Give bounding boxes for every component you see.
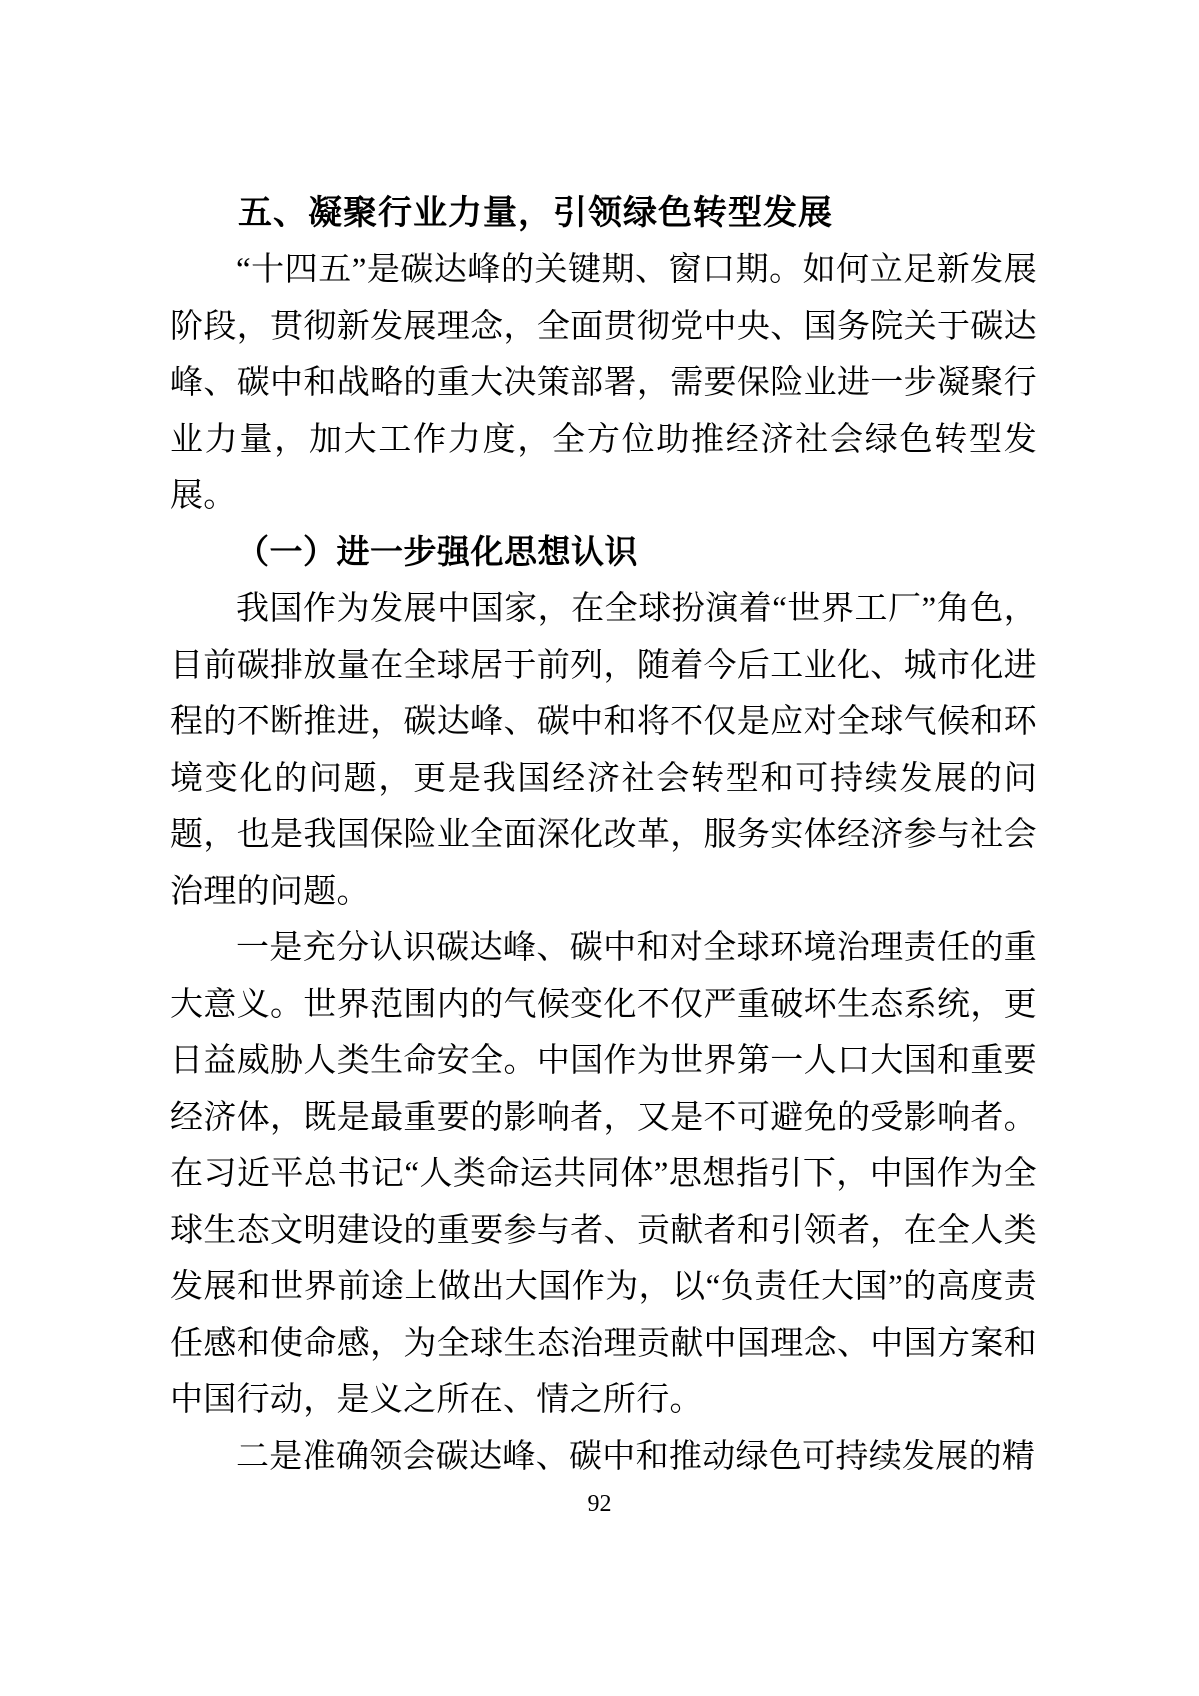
paragraph-intro: “十四五”是碳达峰的关键期、窗口期。如何立足新发展阶段，贯彻新发展理念，全面贯彻… <box>170 242 1037 525</box>
paragraph-point-two-partial: 二是准确领会碳达峰、碳中和推动绿色可持续发展的精 <box>170 1429 1037 1486</box>
paragraph-point-one: 一是充分认识碳达峰、碳中和对全球环境治理责任的重大意义。世界范围内的气候变化不仅… <box>170 920 1037 1429</box>
section-heading: 五、凝聚行业力量，引领绿色转型发展 <box>170 185 1037 242</box>
paragraph-world-factory: 我国作为发展中国家，在全球扮演着“世界工厂”角色，目前碳排放量在全球居于前列，随… <box>170 581 1037 920</box>
page-number: 92 <box>0 1490 1199 1518</box>
subsection-heading: （一）进一步强化思想认识 <box>170 525 1037 582</box>
document-page: 五、凝聚行业力量，引领绿色转型发展 “十四五”是碳达峰的关键期、窗口期。如何立足… <box>0 0 1199 1696</box>
